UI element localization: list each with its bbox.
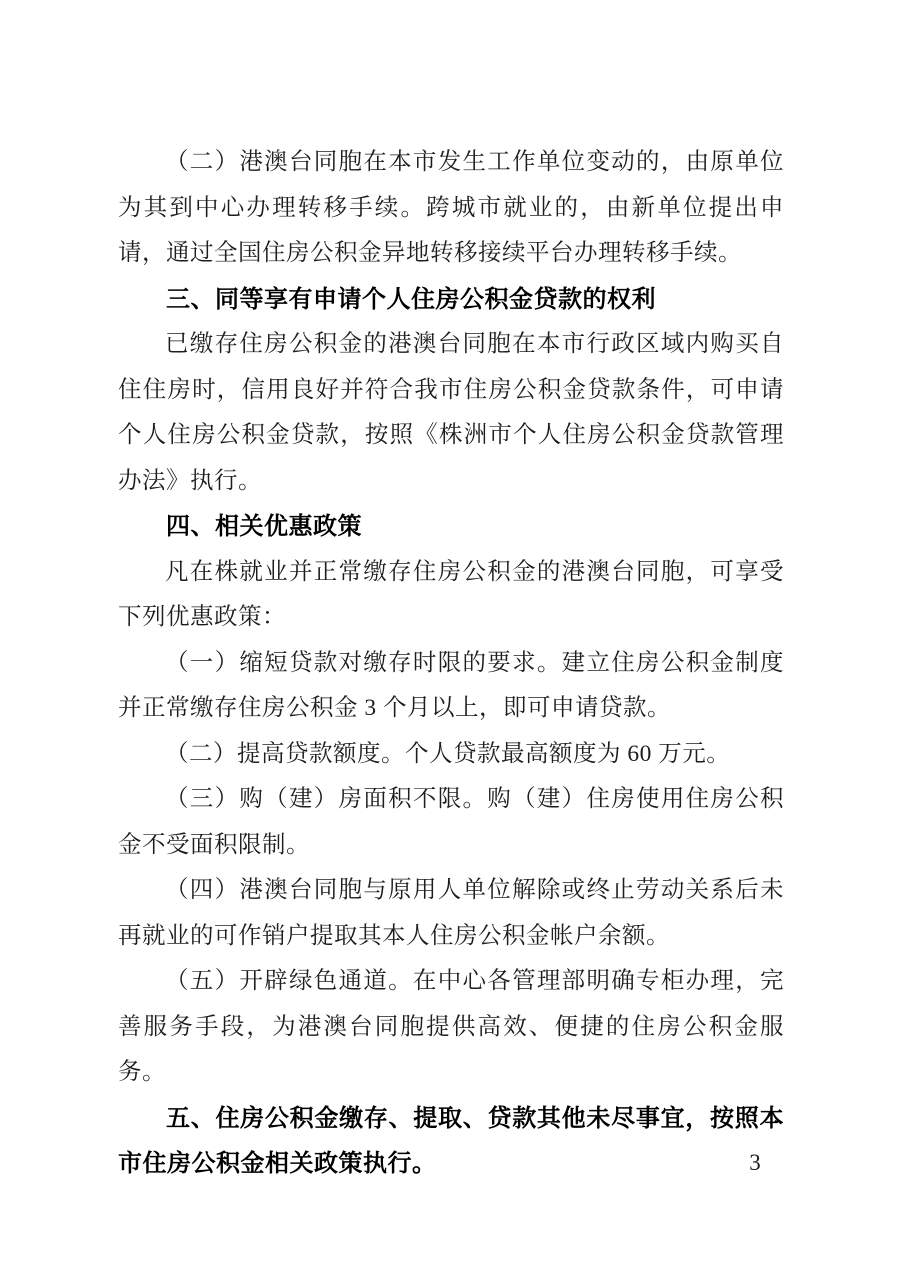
paragraph-item-2-transfer: （二）港澳台同胞在本市发生工作单位变动的，由原单位为其到中心办理转移手续。跨城市… [118, 140, 784, 277]
paragraph-policy-3-area-unlimited: （三）购（建）房面积不限。购（建）住房使用住房公积金不受面积限制。 [118, 777, 784, 868]
page-number: 3 [738, 1148, 772, 1178]
paragraph-policy-1-deposit-period: （一）缩短贷款对缴存时限的要求。建立住房公积金制度并正常缴存住房公积金 3 个月… [118, 641, 784, 732]
section-heading-4-preferential-policies: 四、相关优惠政策 [118, 504, 784, 550]
paragraph-loan-eligibility: 已缴存住房公积金的港澳台同胞在本市行政区域内购买自住住房时，信用良好并符合我市住… [118, 322, 784, 504]
paragraph-policy-5-green-channel: （五）开辟绿色通道。在中心各管理部明确专柜办理，完善服务手段，为港澳台同胞提供高… [118, 959, 784, 1096]
document-content: （二）港澳台同胞在本市发生工作单位变动的，由原单位为其到中心办理转移手续。跨城市… [118, 140, 784, 1187]
paragraph-policy-4-account-withdrawal: （四）港澳台同胞与原用人单位解除或终止劳动关系后未再就业的可作销户提取其本人住房… [118, 868, 784, 959]
document-page: （二）港澳台同胞在本市发生工作单位变动的，由原单位为其到中心办理转移手续。跨城市… [0, 0, 900, 1272]
section-heading-3-loan-right: 三、同等享有申请个人住房公积金贷款的权利 [118, 277, 784, 323]
section-heading-5-other-matters: 五、住房公积金缴存、提取、贷款其他未尽事宜，按照本市住房公积金相关政策执行。 [118, 1096, 784, 1187]
paragraph-policy-2-loan-limit: （二）提高贷款额度。个人贷款最高额度为 60 万元。 [118, 732, 784, 778]
paragraph-policies-intro: 凡在株就业并正常缴存住房公积金的港澳台同胞，可享受下列优惠政策： [118, 550, 784, 641]
